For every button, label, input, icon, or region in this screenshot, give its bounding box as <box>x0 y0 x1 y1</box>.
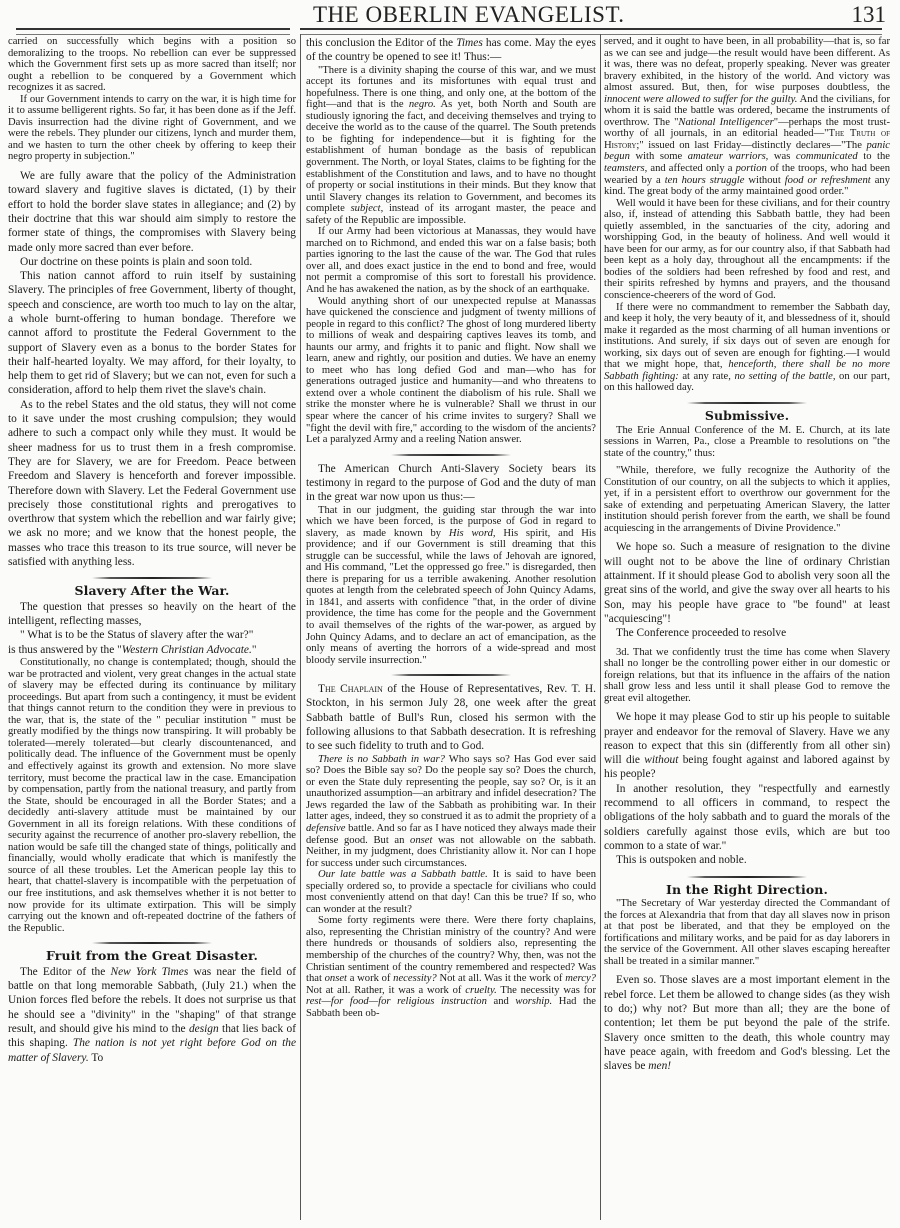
text: The Editor of the <box>20 966 111 978</box>
quotation: "The Secretary of War yesterday directed… <box>604 898 890 967</box>
text: " <box>252 644 257 656</box>
text: at any rate, <box>679 371 735 382</box>
emphasis: onset <box>410 835 432 846</box>
paragraph: is thus answered by the "Western Christi… <box>8 643 296 657</box>
text: with some <box>630 151 688 162</box>
section-separator <box>92 577 212 579</box>
newspaper-name: New York Times <box>111 966 189 978</box>
emphasis: His word, <box>449 528 496 539</box>
section-separator <box>391 674 511 676</box>
text: To <box>89 1052 104 1064</box>
text: to the <box>858 151 890 162</box>
paragraph: The Editor of the New York Times was nea… <box>8 965 296 1065</box>
paragraph: If our Army had been victorious at Manas… <box>306 226 596 295</box>
text: His spirit, and His providence; and if o… <box>306 528 596 666</box>
emphasis: onset <box>325 973 347 984</box>
quoted-question: " What is to be the Status of slavery af… <box>8 628 296 642</box>
paragraph: Well would it have been for these civili… <box>604 198 890 302</box>
paragraph: Our late battle was a Sabbath battle. It… <box>306 869 596 915</box>
newspaper-name: Times <box>456 37 483 49</box>
paragraph: The American Church Anti-Slavery Society… <box>306 462 596 505</box>
source-title: Western Christian Advocate. <box>122 644 252 656</box>
emphasis: worship. <box>515 996 552 1007</box>
text: The necessity was for <box>497 985 596 996</box>
section-heading: Submissive. <box>604 410 890 422</box>
text: this conclusion the Editor of the <box>306 37 456 49</box>
emphasis: rest—for food—for religious instruction <box>306 996 487 1007</box>
column-divider <box>300 34 301 1220</box>
emphasis: There is no Sabbath in war? <box>318 754 445 765</box>
text: a work of <box>347 973 393 984</box>
text: and affected only a <box>647 163 735 174</box>
emphasis: amateur warriors, <box>688 151 769 162</box>
emphasis: defensive <box>306 823 345 834</box>
header-rule-right <box>300 28 882 35</box>
paragraph: This nation cannot afford to ruin itself… <box>8 269 296 398</box>
emphasis: ten hours struggle <box>665 175 745 186</box>
emphasis: negro. <box>409 99 436 110</box>
emphasis: design <box>189 1023 219 1035</box>
text: Even so. Those slaves are a most importa… <box>604 974 890 1072</box>
emphasis: men! <box>648 1060 671 1072</box>
emphasis: The Chaplain <box>318 683 383 695</box>
emphasis: innocent were allowed to suffer for the … <box>604 94 797 105</box>
newspaper-name: National Intelligencer <box>678 117 773 128</box>
section-heading: Slavery After the War. <box>8 585 296 597</box>
paragraph: served, and it ought to have been, in al… <box>604 36 890 198</box>
paragraph: As to the rebel States and the old statu… <box>8 398 296 570</box>
header-rule-left <box>16 28 290 35</box>
emphasis: without <box>644 754 678 766</box>
text: was <box>768 151 796 162</box>
text: without <box>744 175 784 186</box>
column-divider <box>600 34 601 1220</box>
text: Not at all. Was it the work of <box>437 973 565 984</box>
paragraph: We are fully aware that the policy of th… <box>8 169 296 255</box>
section-heading: In the Right Direction. <box>604 884 890 896</box>
paragraph: Our doctrine on these points is plain an… <box>8 255 296 269</box>
emphasis: communicated <box>796 151 858 162</box>
quotation: "There is a divinity shaping the course … <box>306 65 596 227</box>
paragraph: If there were no commandment to remember… <box>604 302 890 394</box>
column-1: carried on successfully which begins wit… <box>8 36 296 1228</box>
text: is thus answered by the " <box>8 644 122 656</box>
emphasis: Our late battle was a Sabbath battle. <box>318 869 488 880</box>
quotation: "While, therefore, we fully recognize th… <box>604 465 890 534</box>
column-3: served, and it ought to have been, in al… <box>604 36 890 1228</box>
newspaper-title: THE OBERLIN EVANGELIST. <box>313 2 625 28</box>
resolution: 3d. That we confidently trust the time h… <box>604 647 890 705</box>
masthead: THE OBERLIN EVANGELIST. 131 <box>0 0 900 28</box>
section-heading: Fruit from the Great Disaster. <box>8 950 296 962</box>
paragraph: this conclusion the Editor of the Times … <box>306 36 596 65</box>
paragraph: Some forty regiments were there. Were th… <box>306 915 596 1019</box>
text: Not at all. Rather, it was a work of <box>306 985 465 996</box>
text: and <box>487 996 516 1007</box>
emphasis: no setting of the battle, <box>734 371 835 382</box>
emphasis: necessity? <box>393 973 437 984</box>
paragraph: If our Government intends to carry on th… <box>8 94 296 163</box>
text: As yet, both North and South are studiou… <box>306 99 596 214</box>
text: served, and it ought to have been, in al… <box>604 36 890 93</box>
emphasis: portion <box>736 163 767 174</box>
paragraph: We hope it may please God to stir up his… <box>604 710 890 781</box>
emphasis: cruelty. <box>465 985 496 996</box>
page-number: 131 <box>852 2 887 28</box>
paragraph: Even so. Those slaves are a most importa… <box>604 973 890 1073</box>
section-separator <box>391 454 511 456</box>
paragraph: carried on successfully which begins wit… <box>8 36 296 94</box>
newspaper-page: THE OBERLIN EVANGELIST. 131 carried on s… <box>0 0 900 1228</box>
paragraph: The question that presses so heavily on … <box>8 600 296 629</box>
paragraph: In another resolution, they "respectfull… <box>604 782 890 853</box>
paragraph: We hope so. Such a measure of resignatio… <box>604 540 890 626</box>
emphasis: subject, <box>351 203 384 214</box>
section-separator <box>92 942 212 944</box>
paragraph: Constitutionally, no change is contempla… <box>8 657 296 934</box>
emphasis: mercy? <box>565 973 596 984</box>
paragraph: This is outspoken and noble. <box>604 853 890 867</box>
paragraph: The Chaplain of the House of Representat… <box>306 682 596 753</box>
section-separator <box>687 876 807 878</box>
paragraph: The Erie Annual Conference of the M. E. … <box>604 425 890 460</box>
column-2: this conclusion the Editor of the Times … <box>306 36 596 1228</box>
emphasis: teamsters, <box>604 163 647 174</box>
paragraph: The Conference proceeded to resolve <box>604 626 890 640</box>
text: ;" issued on last Friday—distinctly decl… <box>636 140 866 151</box>
paragraph: That in our judgment, the guiding star t… <box>306 505 596 667</box>
paragraph: Would anything short of our unexpected r… <box>306 296 596 446</box>
section-separator <box>687 402 807 404</box>
emphasis: food or refreshment <box>785 175 871 186</box>
paragraph: There is no Sabbath in war? Who says so?… <box>306 754 596 869</box>
